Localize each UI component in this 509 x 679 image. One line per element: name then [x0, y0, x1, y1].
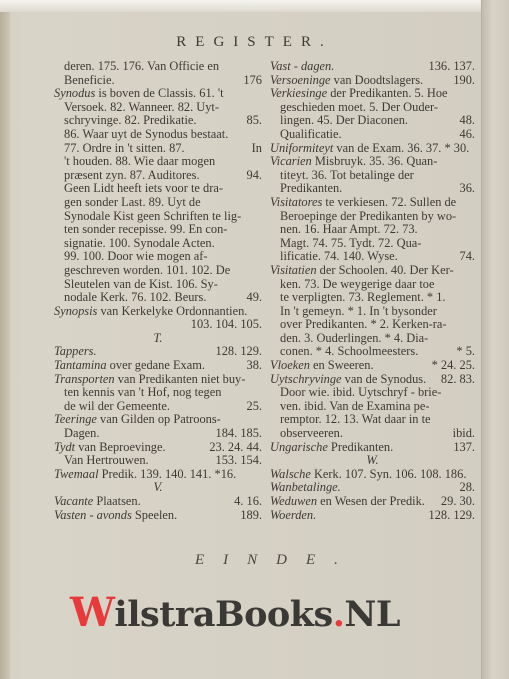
entry-description: deren. 175. 176. Van Officie en	[64, 60, 219, 73]
index-entry-continuation: Sleutelen van de Kist. 106. Sy-	[54, 278, 262, 292]
watermark-initial: W	[70, 589, 114, 636]
entry-text: Walsche Kerk. 107. Syn. 106. 108. 186.	[270, 468, 466, 482]
page-reference	[471, 305, 475, 319]
page-reference: 28.	[456, 481, 476, 495]
entry-description: Versoek. 82. Wanneer. 82. Uyt-	[64, 101, 219, 114]
entry-text: te verpligten. 73. Reglement. * 1.	[280, 291, 446, 305]
entry-description: Misbruyk. 35. 36. Quan-	[312, 155, 438, 168]
entry-text: Twemaal Predik. 139. 140. 141. *16.	[54, 468, 236, 482]
page-reference	[471, 278, 475, 292]
page-reference: 38.	[243, 359, 263, 373]
index-entry-continuation: de wil der Gemeente.25.	[54, 400, 262, 414]
page-reference	[258, 87, 262, 101]
page-reference	[258, 210, 262, 224]
entry-text: Predikanten.	[280, 182, 342, 196]
page-reference	[258, 223, 262, 237]
index-entry-continuation: remptor. 12. 13. Wat daar in te	[270, 413, 475, 427]
entry-text: ven. ibid. Van de Examina pe-	[280, 400, 429, 414]
index-entry-continuation: titeyt. 36. Tot betalinge der	[270, 169, 475, 183]
entry-description: Door wie. ibid. Uytschryf - brie-	[280, 386, 441, 399]
entry-description: de wil der Gemeente.	[64, 400, 170, 413]
index-entry: Synodus is boven de Classis. 61. 't	[54, 87, 262, 101]
index-entry: Weduwen en Wesen der Predik.29. 30.	[270, 495, 475, 509]
entry-text: 86. Waar uyt de Synodus bestaat.	[64, 128, 228, 142]
index-entry-continuation: den. 3. Ouderlingen. * 4. Dia-	[270, 332, 475, 346]
entry-description: van Gilden op Patroons-	[97, 413, 221, 426]
entry-description: Geen Lidt heeft iets voor te dra-	[64, 182, 223, 195]
entry-description: geschieden moet. 5. Der Ouder-	[280, 101, 438, 114]
index-entry: Uytschryvinge van de Synodus.82. 83.	[270, 373, 475, 387]
page-reference	[471, 101, 475, 115]
entry-description: ven. ibid. Van de Examina pe-	[280, 400, 429, 413]
entry-description: ken. 73. De weygerige daar toe	[280, 278, 434, 291]
entry-keyword: Tydt	[54, 441, 75, 454]
entry-text: 99. 100. Door wie mogen af-	[64, 250, 208, 264]
entry-description: van de Exam. 36. 37. * 30.	[333, 142, 469, 155]
index-entry-continuation: over Predikanten. * 2. Kerken-ra-	[270, 318, 475, 332]
entry-description: 't houden. 88. Wie daar mogen	[64, 155, 215, 168]
end-mark: EINDE.	[195, 552, 375, 569]
index-entry-continuation: Beroepinge der Predikanten by wo-	[270, 210, 475, 224]
entry-text: Verkiesinge der Predikanten. 5. Hoe	[270, 87, 448, 101]
page-reference	[258, 182, 262, 196]
page-reference: 36.	[456, 182, 476, 196]
index-column-left: deren. 175. 176. Van Officie enBeneficie…	[54, 60, 262, 522]
index-entry-continuation: geschieden moet. 5. Der Ouder-	[270, 101, 475, 115]
page-reference	[258, 413, 262, 427]
entry-keyword: Walsche	[270, 468, 311, 481]
index-entry-continuation: Qualificatie.46.	[270, 128, 475, 142]
section-letter: W.	[270, 454, 475, 468]
entry-description: Beneficie.	[64, 74, 115, 87]
index-entry-continuation: Versoek. 82. Wanneer. 82. Uyt-	[54, 101, 262, 115]
index-entry: Verkiesinge der Predikanten. 5. Hoe	[270, 87, 475, 101]
page-reference	[258, 237, 262, 251]
entry-description: Sleutelen van de Kist. 106. Sy-	[64, 278, 218, 291]
index-entry-continuation: Geen Lidt heeft iets voor te dra-	[54, 182, 262, 196]
index-entry: Vicarien Misbruyk. 35. 36. Quan-	[270, 155, 475, 169]
entry-description: schryvinge. 82. Predikatie.	[64, 114, 196, 127]
index-entry: Vloeken en Sweeren.* 24. 25.	[270, 359, 475, 373]
index-entry-continuation: conen. * 4. Schoolmeesters.* 5.	[270, 345, 475, 359]
page-reference: * 5.	[452, 345, 475, 359]
watermark-dot: .	[333, 594, 345, 635]
index-column-right: Vast - dagen.136. 137.Versoeninge van Do…	[270, 60, 475, 522]
entry-text: Vloeken en Sweeren.	[270, 359, 374, 373]
entry-description: præsent zyn. 87. Auditores.	[64, 169, 200, 182]
page-reference	[258, 155, 262, 169]
index-entry-continuation: lificatie. 74. 140. Wyse.74.	[270, 250, 475, 264]
entry-text: nen. 16. Haar Ampt. 72. 73.	[280, 223, 418, 237]
entry-keyword: Twemaal	[54, 468, 99, 481]
index-entry: Woerden.128. 129.	[270, 509, 475, 523]
page-reference	[258, 373, 262, 387]
index-entry-continuation: Synodale Kist geen Schriften te lig-	[54, 210, 262, 224]
entry-text: ten sonder recepisse. 99. En con-	[64, 223, 227, 237]
page-reference: 184. 185.	[212, 427, 262, 441]
entry-description: lingen. 45. Der Diaconen.	[280, 114, 408, 127]
entry-text: nodale Kerk. 76. 102. Beurs.	[64, 291, 206, 305]
page-reference	[471, 413, 475, 427]
index-entry-continuation: schryvinge. 82. Predikatie.85.	[54, 114, 262, 128]
entry-keyword: Vicarien	[270, 155, 312, 168]
page-reference	[258, 278, 262, 292]
entry-keyword: Verkiesinge	[270, 87, 327, 100]
index-entry: Walsche Kerk. 107. Syn. 106. 108. 186.	[270, 468, 475, 482]
entry-keyword: Wanbetalinge.	[270, 481, 341, 494]
index-entry-continuation: 77. Ordre in 't sitten. 87.In	[54, 142, 262, 156]
page-reference: 74.	[456, 250, 476, 264]
entry-description: nodale Kerk. 76. 102. Beurs.	[64, 291, 206, 304]
page-reference	[258, 264, 262, 278]
entry-description: Beroepinge der Predikanten by wo-	[280, 210, 456, 223]
index-entry: Visitatores te verkiesen. 72. Sullen de	[270, 196, 475, 210]
entry-text: remptor. 12. 13. Wat daar in te	[280, 413, 431, 427]
entry-keyword: Woerden.	[270, 509, 316, 522]
page-reference: 48.	[456, 114, 476, 128]
entry-text: Teeringe van Gilden op Patroons-	[54, 413, 221, 427]
page-reference	[471, 332, 475, 346]
index-entry-continuation: deren. 175. 176. Van Officie en	[54, 60, 262, 74]
entry-keyword: Transporten	[54, 373, 115, 386]
section-letter: T.	[54, 332, 262, 346]
watermark-logo: WilstraBooks.NL	[70, 589, 470, 636]
entry-description: 77. Ordre in 't sitten. 87.	[64, 142, 185, 155]
entry-description: titeyt. 36. Tot betalinge der	[280, 169, 414, 182]
page-binding-edge	[0, 12, 10, 679]
index-entry: Synopsis van Kerkelyke Ordonnantien.	[54, 305, 262, 319]
entry-text: den. 3. Ouderlingen. * 4. Dia-	[280, 332, 428, 346]
entry-description: conen. * 4. Schoolmeesters.	[280, 345, 418, 358]
entry-text: Vasten - avonds Speelen.	[54, 509, 177, 523]
page-reference	[471, 237, 475, 251]
entry-description: en Sweeren.	[310, 359, 374, 372]
entry-description: geschreven worden. 101. 102. De	[64, 264, 230, 277]
index-entry: Uniformiteyt van de Exam. 36. 37. * 30.	[270, 142, 475, 156]
entry-text: Visitatores te verkiesen. 72. Sullen de	[270, 196, 456, 210]
page-reference	[471, 291, 475, 305]
entry-keyword: Vacante	[54, 495, 93, 508]
index-entry-continuation: ken. 73. De weygerige daar toe	[270, 278, 475, 292]
index-entry-continuation: Predikanten.36.	[270, 182, 475, 196]
entry-description: In 't gemeyn. * 1. In 't bysonder	[280, 305, 437, 318]
index-entry-continuation: signatie. 100. Synodale Acten.	[54, 237, 262, 251]
page-reference	[258, 250, 262, 264]
entry-description: te verkiesen. 72. Sullen de	[322, 196, 456, 209]
entry-text: Magt. 74. 75. Tydt. 72. Qua-	[280, 237, 421, 251]
entry-keyword: Teeringe	[54, 413, 97, 426]
index-entry-continuation: gen sonder Last. 89. Uyt de	[54, 196, 262, 210]
entry-description: remptor. 12. 13. Wat daar in te	[280, 413, 431, 426]
page-reference: 25.	[243, 400, 263, 414]
entry-description: observeeren.	[280, 427, 343, 440]
page-reference: 46.	[456, 128, 476, 142]
index-entry: Wanbetalinge.28.	[270, 481, 475, 495]
entry-keyword: Visitatien	[270, 264, 317, 277]
entry-description: Van Hertrouwen.	[64, 454, 149, 467]
entry-description: van de Synodus.	[342, 373, 427, 386]
entry-description: over gedane Exam.	[107, 359, 205, 372]
entry-text: observeeren.	[280, 427, 343, 441]
entry-text: Vicarien Misbruyk. 35. 36. Quan-	[270, 155, 437, 169]
index-entry-continuation: 103. 104. 105.	[54, 318, 262, 332]
entry-text: deren. 175. 176. Van Officie en	[64, 60, 219, 74]
entry-keyword: Uniformiteyt	[270, 142, 333, 155]
entry-description: Predikanten.	[280, 182, 342, 195]
entry-description: ten sonder recepisse. 99. En con-	[64, 223, 227, 236]
page-reference: 136. 137.	[425, 60, 475, 74]
page-reference: 153. 154.	[212, 454, 262, 468]
index-entry-continuation: Dagen.184. 185.	[54, 427, 262, 441]
entry-description: Qualificatie.	[280, 128, 342, 141]
entry-description: den. 3. Ouderlingen. * 4. Dia-	[280, 332, 428, 345]
index-entry: Tappers.128. 129.	[54, 345, 262, 359]
entry-text: Beneficie.	[64, 74, 115, 88]
entry-text: Visitatien der Schoolen. 40. Der Ker-	[270, 264, 454, 278]
section-letter: V.	[54, 481, 262, 495]
index-entry: Transporten van Predikanten niet buy-	[54, 373, 262, 387]
entry-text: Transporten van Predikanten niet buy-	[54, 373, 245, 387]
page-reference: 103. 104. 105.	[187, 318, 262, 332]
entry-keyword: Tantamina	[54, 359, 107, 372]
entry-text: de wil der Gemeente.	[64, 400, 170, 414]
index-entry: Teeringe van Gilden op Patroons-	[54, 413, 262, 427]
entry-description: van Beproevinge.	[75, 441, 166, 454]
entry-text: schryvinge. 82. Predikatie.	[64, 114, 196, 128]
entry-description: Predik. 139. 140. 141. *16.	[99, 468, 237, 481]
entry-keyword: Weduwen	[270, 495, 317, 508]
entry-description: van Predikanten niet buy-	[115, 373, 246, 386]
index-entry-continuation: 99. 100. Door wie mogen af-	[54, 250, 262, 264]
entry-description: is boven de Classis. 61. 't	[95, 87, 223, 100]
entry-keyword: Tappers.	[54, 345, 97, 358]
page-reference: 29. 30.	[437, 495, 475, 509]
entry-description: der Predikanten. 5. Hoe	[327, 87, 447, 100]
page-reference	[258, 128, 262, 142]
index-entry-continuation: te verpligten. 73. Reglement. * 1.	[270, 291, 475, 305]
page-reference	[258, 60, 262, 74]
page-reference	[471, 400, 475, 414]
entry-description: 86. Waar uyt de Synodus bestaat.	[64, 128, 228, 141]
entry-keyword: Synodus	[54, 87, 95, 100]
entry-text: Vast - dagen.	[270, 60, 334, 74]
page-reference: 94.	[243, 169, 263, 183]
page-reference: 23. 24. 44.	[205, 441, 262, 455]
entry-text: titeyt. 36. Tot betalinge der	[280, 169, 414, 183]
entry-text: Synodus is boven de Classis. 61. 't	[54, 87, 224, 101]
entry-text: Van Hertrouwen.	[64, 454, 149, 468]
index-entry: Versoeninge van Doodtslagers.190.	[270, 74, 475, 88]
page-reference	[471, 142, 475, 156]
page-reference: 49.	[243, 291, 263, 305]
facing-page-edge	[481, 0, 509, 679]
page-reference	[258, 305, 262, 319]
entry-keyword: Uytschryvinge	[270, 373, 342, 386]
entry-description: te verpligten. 73. Reglement. * 1.	[280, 291, 446, 304]
entry-description: van Doodtslagers.	[331, 74, 424, 87]
entry-description: ten kennis van 't Hof, nog tegen	[64, 386, 221, 399]
entry-text: Tantamina over gedane Exam.	[54, 359, 205, 373]
page-reference: 128. 129.	[212, 345, 262, 359]
index-entry-continuation: ven. ibid. Van de Examina pe-	[270, 400, 475, 414]
entry-description: lificatie. 74. 140. Wyse.	[280, 250, 398, 263]
entry-text: Wanbetalinge.	[270, 481, 341, 495]
index-entry: Vasten - avonds Speelen.189.	[54, 509, 262, 523]
entry-description: Magt. 74. 75. Tydt. 72. Qua-	[280, 237, 421, 250]
entry-keyword: Ungarische	[270, 441, 328, 454]
index-entry-continuation: lingen. 45. Der Diaconen.48.	[270, 114, 475, 128]
entry-text: ten kennis van 't Hof, nog tegen	[64, 386, 221, 400]
index-entry: Twemaal Predik. 139. 140. 141. *16.	[54, 468, 262, 482]
watermark-suffix: NL	[344, 594, 400, 635]
page-reference: 82. 83.	[437, 373, 475, 387]
entry-text: 't houden. 88. Wie daar mogen	[64, 155, 215, 169]
entry-text: Ungarische Predikanten.	[270, 441, 393, 455]
entry-keyword: Visitatores	[270, 196, 322, 209]
index-entry-continuation: præsent zyn. 87. Auditores.94.	[54, 169, 262, 183]
entry-keyword: Vloeken	[270, 359, 310, 372]
entry-description: Predikanten.	[328, 441, 393, 454]
index-entry-continuation: 86. Waar uyt de Synodus bestaat.	[54, 128, 262, 142]
entry-description: Dagen.	[64, 427, 99, 440]
index-entry-continuation: observeeren.ibid.	[270, 427, 475, 441]
entry-text: Tappers.	[54, 345, 97, 359]
entry-text: 77. Ordre in 't sitten. 87.	[64, 142, 185, 156]
page-reference: 4. 16.	[230, 495, 262, 509]
entry-text: Versoek. 82. Wanneer. 82. Uyt-	[64, 101, 219, 115]
page-reference	[471, 87, 475, 101]
entry-text: conen. * 4. Schoolmeesters.	[280, 345, 418, 359]
page-reference: 85.	[243, 114, 263, 128]
page-reference	[471, 468, 475, 482]
page-reference	[471, 155, 475, 169]
entry-text: Dagen.	[64, 427, 99, 441]
page-reference	[471, 386, 475, 400]
entry-text: Geen Lidt heeft iets voor te dra-	[64, 182, 223, 196]
index-entry: Tydt van Beproevinge.23. 24. 44.	[54, 441, 262, 455]
entry-description: Plaatsen.	[93, 495, 141, 508]
entry-text: lificatie. 74. 140. Wyse.	[280, 250, 398, 264]
running-head: REGISTER.	[0, 34, 509, 51]
index-entry-continuation: nodale Kerk. 76. 102. Beurs.49.	[54, 291, 262, 305]
entry-text: signatie. 100. Synodale Acten.	[64, 237, 215, 251]
entry-description: signatie. 100. Synodale Acten.	[64, 237, 215, 250]
index-entry-continuation: ten sonder recepisse. 99. En con-	[54, 223, 262, 237]
page-reference	[258, 386, 262, 400]
page-reference	[258, 101, 262, 115]
entry-text: Versoeninge van Doodtslagers.	[270, 74, 423, 88]
page-reference: 137.	[449, 441, 475, 455]
entry-description: Speelen.	[132, 509, 177, 522]
entry-text: Uniformiteyt van de Exam. 36. 37. * 30.	[270, 142, 469, 156]
watermark-name: ilstraBooks	[114, 594, 332, 635]
entry-text: lingen. 45. Der Diaconen.	[280, 114, 408, 128]
entry-text: Uytschryvinge van de Synodus.	[270, 373, 426, 387]
page-reference	[471, 223, 475, 237]
page-reference: * 24. 25.	[428, 359, 475, 373]
index-entry-continuation: Van Hertrouwen.153. 154.	[54, 454, 262, 468]
index-entry: Ungarische Predikanten.137.	[270, 441, 475, 455]
entry-description: 99. 100. Door wie mogen af-	[64, 250, 208, 263]
entry-keyword: Vasten - avonds	[54, 509, 132, 522]
index-entry-continuation: Magt. 74. 75. Tydt. 72. Qua-	[270, 237, 475, 251]
entry-text: Synodale Kist geen Schriften te lig-	[64, 210, 241, 224]
entry-text: In 't gemeyn. * 1. In 't bysonder	[280, 305, 437, 319]
page-reference	[471, 264, 475, 278]
entry-text: præsent zyn. 87. Auditores.	[64, 169, 200, 183]
page-reference: 189.	[236, 509, 262, 523]
entry-description: en Wesen der Predik.	[317, 495, 425, 508]
entry-text: over Predikanten. * 2. Kerken-ra-	[280, 318, 447, 332]
entry-keyword: Vast - dagen.	[270, 60, 334, 73]
entry-text: Woerden.	[270, 509, 316, 523]
index-entry-continuation: 't houden. 88. Wie daar mogen	[54, 155, 262, 169]
index-entry-continuation: In 't gemeyn. * 1. In 't bysonder	[270, 305, 475, 319]
entry-description: nen. 16. Haar Ampt. 72. 73.	[280, 223, 418, 236]
entry-text: geschieden moet. 5. Der Ouder-	[280, 101, 438, 115]
entry-keyword: Synopsis	[54, 305, 97, 318]
entry-description: van Kerkelyke Ordonnantien.	[97, 305, 247, 318]
entry-description: over Predikanten. * 2. Kerken-ra-	[280, 318, 447, 331]
page-reference	[258, 196, 262, 210]
entry-text: gen sonder Last. 89. Uyt de	[64, 196, 201, 210]
page-reference: 128. 129.	[425, 509, 475, 523]
entry-text: Synopsis van Kerkelyke Ordonnantien.	[54, 305, 247, 319]
entry-description: Kerk. 107. Syn. 106. 108. 186.	[311, 468, 467, 481]
entry-text: Weduwen en Wesen der Predik.	[270, 495, 425, 509]
index-entry: Tantamina over gedane Exam.38.	[54, 359, 262, 373]
index-entry-continuation: ten kennis van 't Hof, nog tegen	[54, 386, 262, 400]
entry-text: Qualificatie.	[280, 128, 342, 142]
entry-keyword: Versoeninge	[270, 74, 331, 87]
index-entry-continuation: Beneficie.176	[54, 74, 262, 88]
index-entry-continuation: geschreven worden. 101. 102. De	[54, 264, 262, 278]
page-reference: 176	[239, 74, 262, 88]
index-entry-continuation: nen. 16. Haar Ampt. 72. 73.	[270, 223, 475, 237]
entry-text: geschreven worden. 101. 102. De	[64, 264, 230, 278]
index-entry-continuation: Door wie. ibid. Uytschryf - brie-	[270, 386, 475, 400]
entry-text: ken. 73. De weygerige daar toe	[280, 278, 434, 292]
page-reference: In	[248, 142, 262, 156]
entry-description: Synodale Kist geen Schriften te lig-	[64, 210, 241, 223]
page-reference	[258, 468, 262, 482]
entry-text: Door wie. ibid. Uytschryf - brie-	[280, 386, 441, 400]
index-entry: Visitatien der Schoolen. 40. Der Ker-	[270, 264, 475, 278]
entry-text: Vacante Plaatsen.	[54, 495, 141, 509]
page-reference	[471, 169, 475, 183]
entry-text: Sleutelen van de Kist. 106. Sy-	[64, 278, 218, 292]
page-reference: ibid.	[449, 427, 475, 441]
entry-text: Tydt van Beproevinge.	[54, 441, 166, 455]
page-reference	[471, 210, 475, 224]
page-reference	[471, 196, 475, 210]
entry-description: der Schoolen. 40. Der Ker-	[317, 264, 454, 277]
page-reference: 190.	[449, 74, 475, 88]
entry-description: gen sonder Last. 89. Uyt de	[64, 196, 201, 209]
index-entry: Vacante Plaatsen.4. 16.	[54, 495, 262, 509]
entry-text: Beroepinge der Predikanten by wo-	[280, 210, 456, 224]
index-entry: Vast - dagen.136. 137.	[270, 60, 475, 74]
page-reference	[471, 318, 475, 332]
